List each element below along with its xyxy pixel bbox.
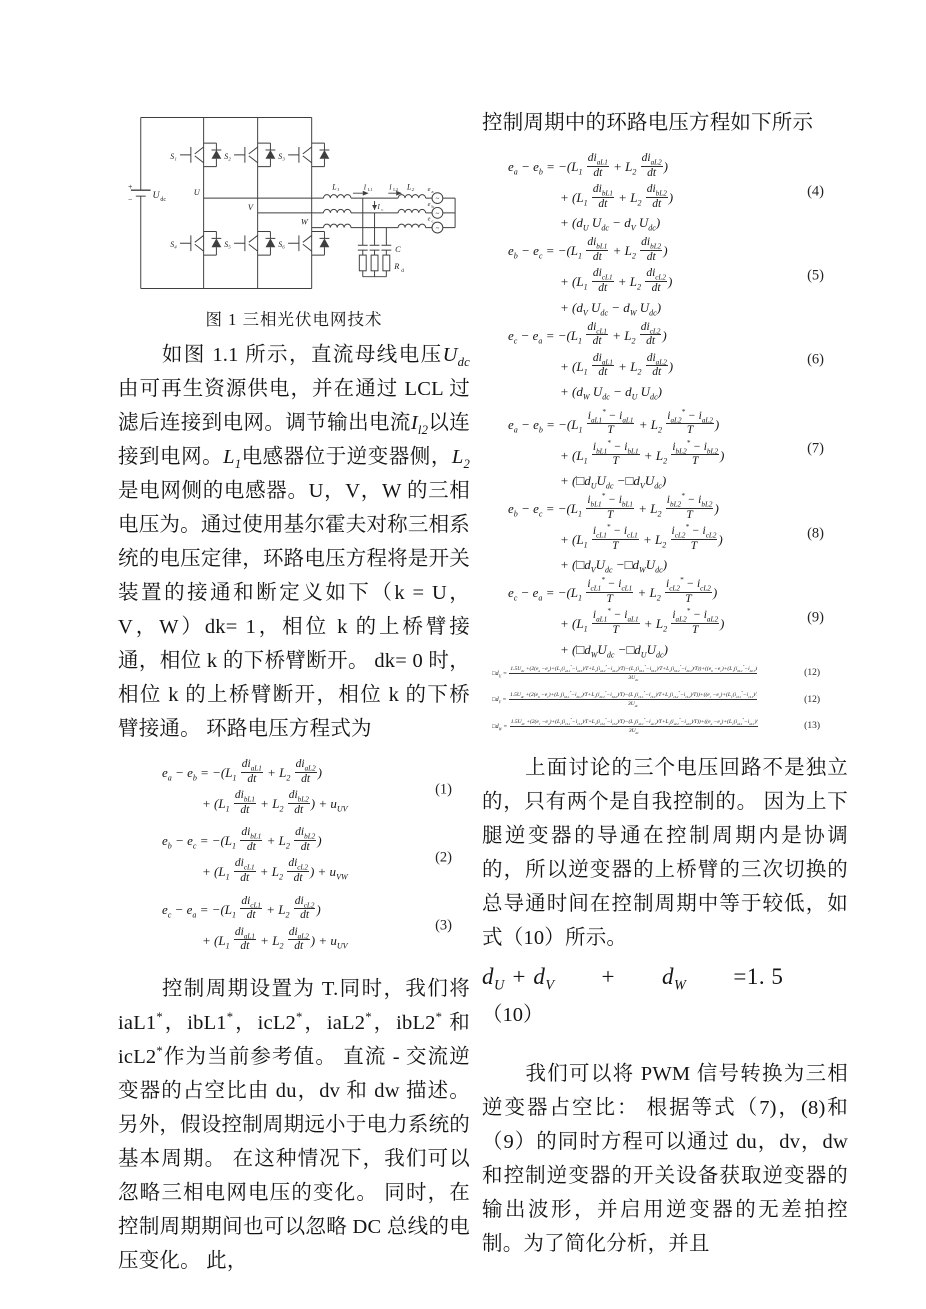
equation-line: + (L1 ibL1* − ibL1T + L2 ibL2* − ibL2T) xyxy=(482,443,804,471)
equation-number: (4) xyxy=(807,183,824,200)
equation: ea − eb = −(L1 diaL1dt + L2 diaL2dt)+ (L… xyxy=(482,154,848,229)
equation: ec − ea = −(L1 dicL1dt + L2 dicL2dt)+ (L… xyxy=(118,897,470,956)
switch-s5-label: S₅ xyxy=(224,240,231,249)
equation-number: (5) xyxy=(807,267,824,284)
paragraph-discussion: 上面讨论的三个电压回路不是独立的，只有两个是自我控制的。 因为上下腿逆变器的导通… xyxy=(482,751,848,955)
equation-line: ec − ea = −(L1 dicL1dt + L2 dicL2dt) xyxy=(118,897,426,925)
equation-number: (6) xyxy=(807,352,824,369)
column-left: + − U dc S₁ S₂ S₃ S₄ S₅ S₆ U V W L₁ L₂ I xyxy=(118,106,470,1278)
equation-line: ec − ea = −(L1 dicL1dt + L2 dicL2dt) xyxy=(482,323,804,351)
phase-w-label: W xyxy=(301,218,309,227)
equation: ec − ea = −(L1 icL1* − icL1T + L2 icL2* … xyxy=(482,580,848,655)
switch-s2-label: S₂ xyxy=(224,152,231,161)
equation-10-number: （10） xyxy=(482,997,848,1033)
source-a-tilde-icon: ~ xyxy=(436,196,440,203)
equation: eb − ec = −(L1 dibL1dt + L2 dibL2dt)+ (L… xyxy=(118,828,470,887)
il1-current-label: I xyxy=(363,184,367,191)
ec-source-sub: c xyxy=(432,219,434,224)
equation-number: (3) xyxy=(435,918,452,935)
equation-line: + (L1 icL1* − icL1T + L2 icL2* − icL2T) xyxy=(482,527,804,555)
equation-line: ea − eb = −(L1 diaL1dt + L2 diaL2dt) xyxy=(118,760,426,788)
switch-s1-label: S₁ xyxy=(170,152,177,161)
ea-source-label: e xyxy=(428,186,431,193)
equation-10: dU + dV + dW =1. 5 xyxy=(482,957,848,997)
rd-sub-label: d xyxy=(401,268,404,274)
l2-label: L₂ xyxy=(406,182,414,191)
equation-line: + (□dVUdc −□dWUdc) xyxy=(482,558,804,571)
ea-source-sub: a xyxy=(432,189,434,194)
source-c-tilde-icon: ~ xyxy=(436,226,440,233)
equation-number: (1) xyxy=(435,781,452,798)
il2-current-sub: L2 xyxy=(393,187,398,192)
equation-line: + (dV Udc − dW Udc) xyxy=(482,301,804,314)
equation-number: (2) xyxy=(435,849,452,866)
battery-minus-sign: − xyxy=(128,195,133,204)
switch-s3-label: S₃ xyxy=(278,152,285,161)
switch-s4-label: S₄ xyxy=(170,240,177,249)
equation-number: (7) xyxy=(807,441,824,458)
equation-line: eb − ec = −(L1 dibL1dt + L2 dibL2dt) xyxy=(482,238,804,266)
equation-line: + (dW Udc − dU Udc) xyxy=(482,385,804,398)
equation-number: (12) xyxy=(804,695,820,705)
ic-current-sub: c xyxy=(381,207,383,212)
equation-line: eb − ec = −(L1 dibL1dt + L2 dibL2dt) xyxy=(118,828,426,856)
column-right: 控制周期中的环路电压方程如下所示 ea − eb = −(L1 diaL1dt … xyxy=(482,106,848,1261)
equation-line: + (L1 dibL1dt + L2 dibL2dt) + uUV xyxy=(118,791,426,819)
figure-caption: 图 1 三相光伏电网技术 xyxy=(118,306,470,330)
rd-label: R xyxy=(393,262,399,271)
paper-page: + − U dc S₁ S₂ S₃ S₄ S₅ S₆ U V W L₁ L₂ I xyxy=(0,0,926,1309)
equation-number: (12) xyxy=(804,668,820,678)
equation-number: (9) xyxy=(807,609,824,626)
paragraph-control-period: 控制周期设置为 T.同时，我们将 iaL1*，ibL1*，icL2*，iaL2*… xyxy=(118,972,470,1278)
equation: ea − eb = −(L1 diaL1dt + L2 diaL2dt)+ (L… xyxy=(118,760,470,819)
equation-line: eb − ec = −(L1 ibL1* − ibL1T + L2 ibL2* … xyxy=(482,496,804,524)
source-b-tilde-icon: ~ xyxy=(436,211,440,218)
equation-line: + (dU Udc − dV Udc) xyxy=(482,216,804,229)
equation-small: □dU = 1.5Udc +(2(ea −eb)+(L1(iaL1*−iaL1)… xyxy=(482,665,848,683)
equation-line: + (L1 diaL1dt + L2 diaL2dt) + uUV xyxy=(118,928,426,956)
equation: ec − ea = −(L1 dicL1dt + L2 dicL2dt)+ (L… xyxy=(482,323,848,398)
equation-small: □dW = 1.5Udc +(2(ec −ea)+(L1(icL1*−icL1)… xyxy=(482,718,848,736)
equation-line: □dU = 1.5Udc +(2(ea −eb)+(L1(iaL1*−iaL1)… xyxy=(482,665,774,683)
phase-u-label: U xyxy=(194,188,201,197)
equation-line: ea − eb = −(L1 iaL1* − iaL1T + L2 iaL2* … xyxy=(482,412,804,440)
paragraph-intro-left: 如图 1.1 所示，直流母线电压Udc由可再生资源供电，并在通过 LCL 过滤后… xyxy=(118,338,470,746)
switch-s6-label: S₆ xyxy=(278,240,285,249)
paragraph-pwm: 我们可以将 PWM 信号转换为三相逆变器占空比： 根据等式（7)，(8)和（9）… xyxy=(482,1057,848,1261)
cap-c-label: C xyxy=(395,245,401,254)
equation-line: ea − eb = −(L1 diaL1dt + L2 diaL2dt) xyxy=(482,154,804,182)
equation-number: (13) xyxy=(804,721,820,731)
equation: eb − ec = −(L1 dibL1dt + L2 dibL2dt)+ (L… xyxy=(482,238,848,313)
equation-line: + (□dWUdc −□dUUdc) xyxy=(482,643,804,656)
equation: eb − ec = −(L1 ibL1* − ibL1T + L2 ibL2* … xyxy=(482,496,848,571)
il2-current-label: I xyxy=(388,184,392,191)
equation-number: (8) xyxy=(807,525,824,542)
eb-source-label: e xyxy=(428,201,431,208)
equation-line: + (L1 iaL1* − iaL1T + L2 iaL2* − iaL2T) xyxy=(482,611,804,639)
equation-line: + (L1 dibL1dt + L2 dibL2dt) xyxy=(482,185,804,213)
equation-line: + (L1 dicL1dt + L2 dicL2dt) + uVW xyxy=(118,859,426,887)
udc-label: U xyxy=(153,190,161,201)
equation-line: + (L1 diaL1dt + L2 diaL2dt) xyxy=(482,354,804,382)
battery-plus-sign: + xyxy=(128,182,133,191)
l1-label: L₁ xyxy=(331,182,339,191)
equation-line: ec − ea = −(L1 icL1* − icL1T + L2 icL2* … xyxy=(482,580,804,608)
udc-sub-label: dc xyxy=(160,197,166,203)
equation-line: □dV = 1.5Udc +(2(eb −ec)+(L1(ibL1*−ibL1)… xyxy=(482,691,774,709)
phase-v-label: V xyxy=(248,203,254,212)
figure-circuit: + − U dc S₁ S₂ S₃ S₄ S₅ S₆ U V W L₁ L₂ I xyxy=(118,106,470,302)
equation-line: □dW = 1.5Udc +(2(ec −ea)+(L1(icL1*−icL1)… xyxy=(482,718,774,736)
il1-current-sub: L1 xyxy=(368,187,373,192)
equation-small: □dV = 1.5Udc +(2(eb −ec)+(L1(ibL1*−ibL1)… xyxy=(482,691,848,709)
circuit-svg: + − U dc S₁ S₂ S₃ S₄ S₅ S₆ U V W L₁ L₂ I xyxy=(127,106,461,302)
paragraph-loop-voltage-intro: 控制周期中的环路电压方程如下所示 xyxy=(482,106,848,140)
equation-line: + (L1 dicL1dt + L2 dicL2dt) xyxy=(482,269,804,297)
ec-source-label: e xyxy=(428,216,431,223)
equation-line: + (□dUUdc −□dVUdc) xyxy=(482,474,804,487)
ic-current-label: I xyxy=(377,204,381,211)
equation: ea − eb = −(L1 iaL1* − iaL1T + L2 iaL2* … xyxy=(482,412,848,487)
